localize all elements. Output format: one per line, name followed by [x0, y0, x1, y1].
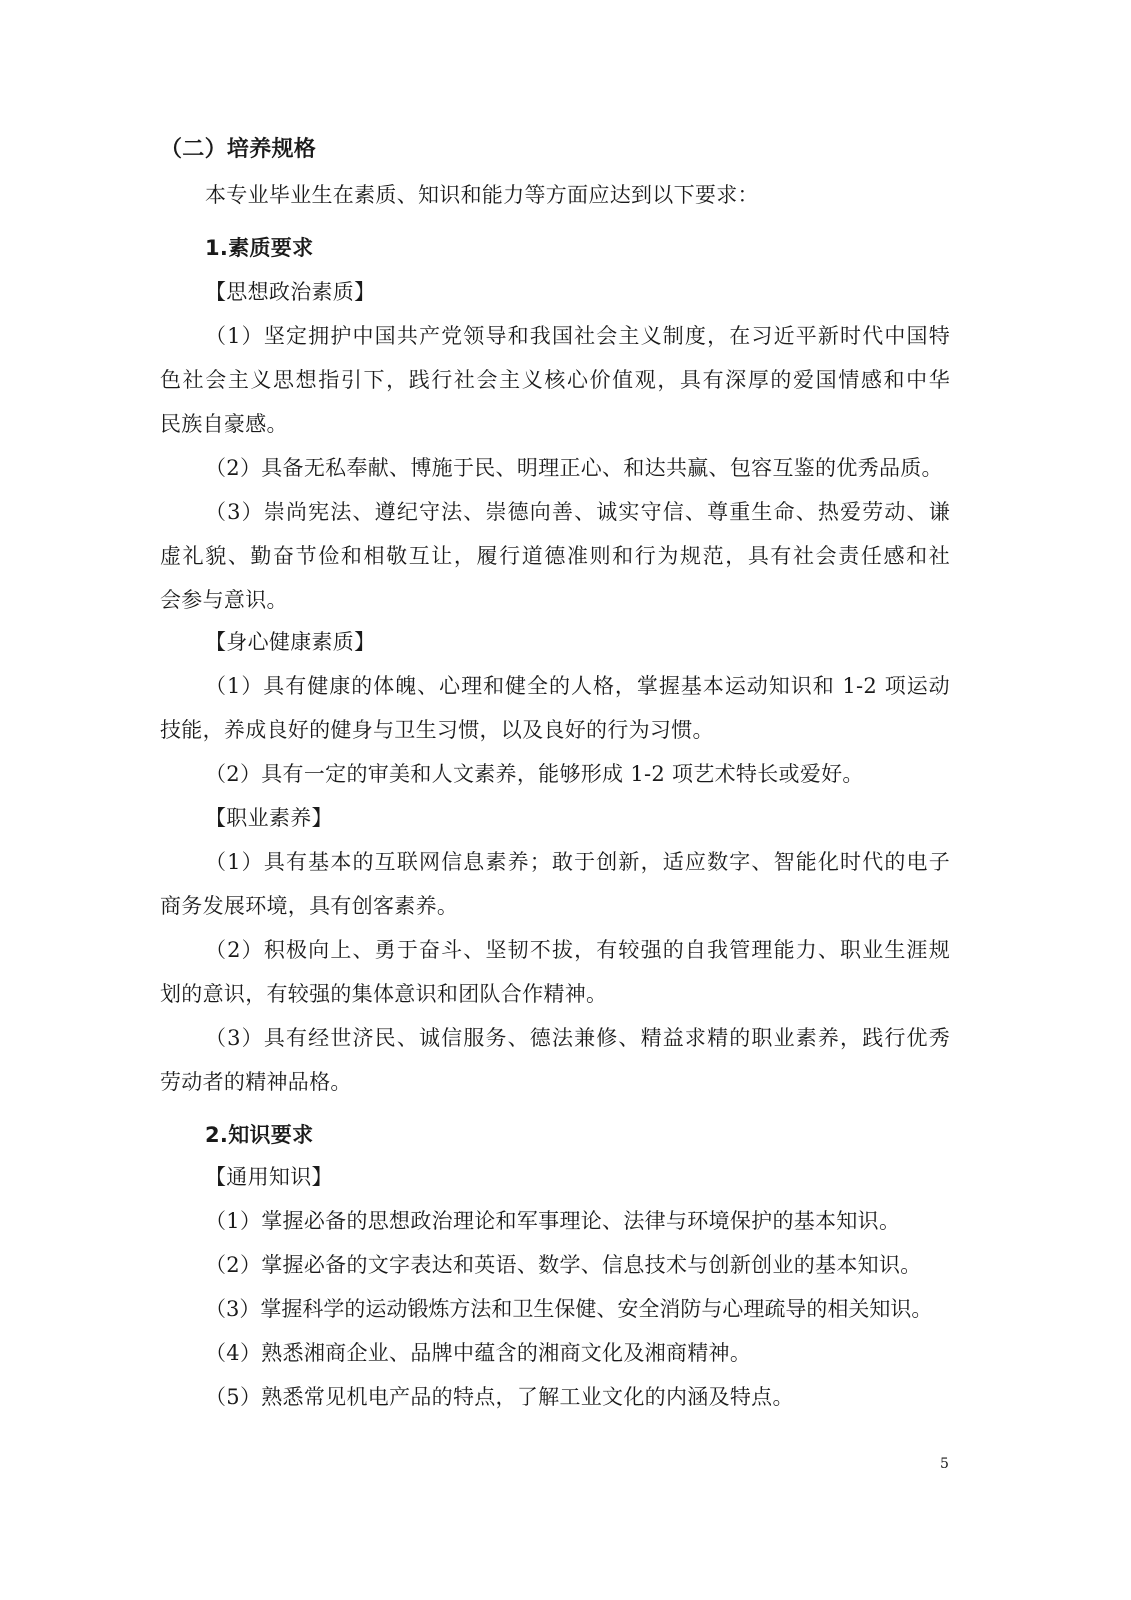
ideological-item-1-line2: 色社会主义思想指引下，践行社会主义核心价值观，具有深厚的爱国情感和中华: [160, 366, 950, 394]
ideological-item-3-line3: 会参与意识。: [160, 586, 288, 614]
ideological-item-3-line1: （3）崇尚宪法、遵纪守法、崇德向善、诚实守信、尊重生命、热爱劳动、谦: [160, 498, 950, 526]
professional-item-2-line1: （2）积极向上、勇于奋斗、坚韧不拔，有较强的自我管理能力、职业生涯规: [160, 936, 950, 964]
health-item-1-line1: （1）具有健康的体魄、心理和健全的人格，掌握基本运动知识和 1-2 项运动: [160, 672, 950, 700]
professional-item-1-line1: （1）具有基本的互联网信息素养；敢于创新，适应数字、智能化时代的电子: [160, 848, 950, 876]
health-label: 【身心健康素质】: [205, 628, 375, 656]
intro-text: 本专业毕业生在素质、知识和能力等方面应达到以下要求：: [205, 181, 759, 209]
health-item-1-line2: 技能，养成良好的健身与卫生习惯，以及良好的行为习惯。: [160, 716, 714, 744]
section-heading: （二）培养规格: [160, 136, 316, 164]
ideological-label: 【思想政治素质】: [205, 278, 375, 306]
general-knowledge-item-2: （2）掌握必备的文字表达和英语、数学、信息技术与创新创业的基本知识。: [205, 1251, 922, 1279]
general-knowledge-item-4: （4）熟悉湘商企业、品牌中蕴含的湘商文化及湘商精神。: [205, 1339, 751, 1367]
ideological-item-3-line2: 虚礼貌、勤奋节俭和相敬互让，履行道德准则和行为规范，具有社会责任感和社: [160, 542, 950, 570]
general-knowledge-item-5: （5）熟悉常见机电产品的特点，了解工业文化的内涵及特点。: [205, 1383, 794, 1411]
knowledge-heading: 2.知识要求: [205, 1121, 313, 1149]
ideological-item-1-line1: （1）坚定拥护中国共产党领导和我国社会主义制度，在习近平新时代中国特: [160, 322, 950, 350]
professional-item-2-line2: 划的意识，有较强的集体意识和团队合作精神。: [160, 980, 607, 1008]
ideological-item-1-line3: 民族自豪感。: [160, 410, 288, 438]
document-page: （二）培养规格 本专业毕业生在素质、知识和能力等方面应达到以下要求： 1.素质要…: [0, 0, 1131, 1600]
professional-label: 【职业素养】: [205, 804, 333, 832]
general-knowledge-label: 【通用知识】: [205, 1163, 333, 1191]
general-knowledge-item-1: （1）掌握必备的思想政治理论和军事理论、法律与环境保护的基本知识。: [205, 1207, 900, 1235]
health-item-2: （2）具有一定的审美和人文素养，能够形成 1-2 项艺术特长或爱好。: [205, 760, 864, 788]
page-number: 5: [940, 1456, 949, 1472]
general-knowledge-item-3: （3）掌握科学的运动锻炼方法和卫生保健、安全消防与心理疏导的相关知识。: [205, 1295, 932, 1323]
professional-item-3-line2: 劳动者的精神品格。: [160, 1068, 352, 1096]
quality-heading: 1.素质要求: [205, 234, 313, 262]
professional-item-3-line1: （3）具有经世济民、诚信服务、德法兼修、精益求精的职业素养，践行优秀: [160, 1024, 950, 1052]
professional-item-1-line2: 商务发展环境，具有创客素养。: [160, 892, 458, 920]
ideological-item-2: （2）具备无私奉献、博施于民、明理正心、和达共赢、包容互鉴的优秀品质。: [205, 454, 943, 482]
